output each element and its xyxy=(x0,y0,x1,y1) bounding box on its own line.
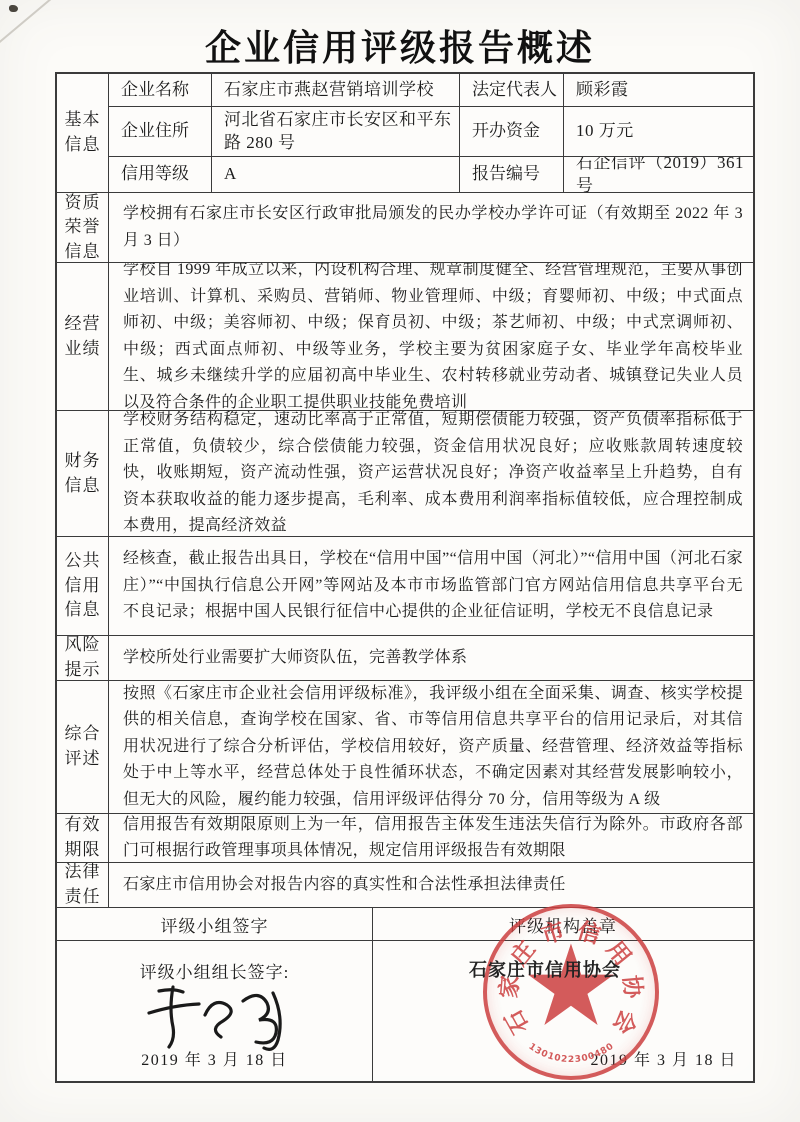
value-opening-capital: 10 万元 xyxy=(563,106,753,156)
signature-header-row: 评级小组签字 评级机构盖章 xyxy=(57,907,753,940)
section-validity-period: 有效 期限 信用报告有效期限原则上为一年，信用报告主体发生违法失信行为除外。市政… xyxy=(57,813,753,862)
seal-digit: 0 xyxy=(536,1047,552,1063)
section-content: 学校财务结构稳定，速动比率高于正常值，短期偿债能力较强，资产负债率指标低于正常值… xyxy=(108,411,753,536)
rating-agency-seal-header: 评级机构盖章 xyxy=(372,908,753,940)
value-company-name: 石家庄市燕赵营销培训学校 xyxy=(211,74,459,106)
value-legal-representative: 顾彩霞 xyxy=(563,74,753,106)
seal-digit: 2 xyxy=(558,1053,571,1066)
section-content: 石家庄市信用协会对报告内容的真实性和合法性承担法律责任 xyxy=(108,863,753,907)
page-title: 企业信用评级报告概述 xyxy=(0,20,800,71)
seal-digit: 3 xyxy=(530,1043,546,1059)
section-content-text: 学校所处行业需要扩大师资队伍，完善教学体系 xyxy=(123,645,743,672)
section-comprehensive-review: 综合 评述 按照《石家庄市企业社会信用评级标准》，我评级小组在全面采集、调查、核… xyxy=(57,680,753,813)
seal-char: 协 xyxy=(621,972,649,1000)
section-header: 经营 业绩 xyxy=(57,263,108,410)
section-content-text: 按照《石家庄市企业社会信用评级标准》，我评级小组在全面采集、调查、核实学校提供的… xyxy=(123,681,743,813)
section-content: 信用报告有效期限原则上为一年，信用报告主体发生违法失信行为除外。市政府各部门可根… xyxy=(108,814,753,862)
section-header: 综合 评述 xyxy=(57,681,108,813)
value-company-address: 河北省石家庄市长安区和平东路 280 号 xyxy=(211,106,459,156)
label-report-number: 报告编号 xyxy=(459,156,563,192)
seal-digit: 3 xyxy=(571,1053,584,1066)
section-header: 公共 信用 信息 xyxy=(57,537,108,635)
label-company-name: 企业名称 xyxy=(108,74,211,106)
section-content: 学校自 1999 年成立以来，内设机构合理、规章制度健全、经营管理规范，主要从事… xyxy=(108,263,753,410)
label-credit-rating: 信用等级 xyxy=(108,156,211,192)
value-report-number: 石企信评（2019）361 号 xyxy=(563,156,753,192)
section-legal-responsibility: 法律 责任 石家庄市信用协会对报告内容的真实性和合法性承担法律责任 xyxy=(57,862,753,907)
section-content-text: 学校自 1999 年成立以来，内设机构合理、规章制度健全、经营管理规范，主要从事… xyxy=(123,263,743,410)
section-header: 资质 荣誉 信息 xyxy=(57,193,108,262)
seal-digit: 1 xyxy=(543,1049,558,1064)
value-credit-rating: A xyxy=(211,156,459,192)
section-qualification-honor: 资质 荣誉 信息 学校拥有石家庄市长安区行政审批局颁发的民办学校办学许可证（有效… xyxy=(57,192,753,262)
section-content-text: 经核查，截止报告出具日，学校在“信用中国”“信用中国（河北）”“信用中国（河北石… xyxy=(123,546,743,626)
signature-row: 评级小组组长签字: 2019 年 3 月 18 日 石家庄市信用协会 xyxy=(57,940,753,1081)
section-content: 经核查，截止报告出具日，学校在“信用中国”“信用中国（河北）”“信用中国（河北石… xyxy=(108,537,753,635)
signature-cell-left: 评级小组组长签字: 2019 年 3 月 18 日 xyxy=(57,941,372,1081)
section-content-text: 学校财务结构稳定，速动比率高于正常值，短期偿债能力较强，资产负债率指标低于正常值… xyxy=(123,411,743,536)
seal-char: 会 xyxy=(609,1005,644,1040)
seal-digit: 0 xyxy=(550,1052,564,1066)
report-table: 基本 信息 企业名称 石家庄市燕赵营销培训学校 法定代表人 顾彩霞 企业住所 河… xyxy=(55,72,755,1083)
star-icon: ★ xyxy=(521,930,621,1042)
basic-info-block: 基本 信息 企业名称 石家庄市燕赵营销培训学校 法定代表人 顾彩霞 企业住所 河… xyxy=(57,74,753,192)
rating-team-signature-header: 评级小组签字 xyxy=(57,908,372,940)
section-header-basic-info: 基本 信息 xyxy=(57,74,108,192)
section-content: 学校拥有石家庄市长安区行政审批局颁发的民办学校办学许可证（有效期至 2022 年… xyxy=(108,193,753,262)
section-content-text: 信用报告有效期限原则上为一年，信用报告主体发生违法失信行为除外。市政府各部门可根… xyxy=(123,814,743,862)
section-business-performance: 经营 业绩 学校自 1999 年成立以来，内设机构合理、规章制度健全、经营管理规… xyxy=(57,262,753,410)
seal-digit: 1 xyxy=(524,1039,541,1056)
signature-cell-right: 石家庄市信用协会 ★ 石家庄市信用协会 1301022300480 2019 年… xyxy=(372,941,753,1081)
section-content-text: 学校拥有石家庄市长安区行政审批局颁发的民办学校办学许可证（有效期至 2022 年… xyxy=(123,201,743,254)
right-signature-date: 2019 年 3 月 18 日 xyxy=(590,1047,737,1070)
rating-organization-name: 石家庄市信用协会 xyxy=(469,956,621,982)
section-risk-warning: 风险 提示 学校所处行业需要扩大师资队伍，完善教学体系 xyxy=(57,635,753,680)
section-header: 财务 信息 xyxy=(57,411,108,536)
label-company-address: 企业住所 xyxy=(108,106,211,156)
seal-char: 石 xyxy=(497,1005,532,1040)
section-content-text: 石家庄市信用协会对报告内容的真实性和合法性承担法律责任 xyxy=(123,872,743,899)
section-content: 学校所处行业需要扩大师资队伍，完善教学体系 xyxy=(108,636,753,680)
section-public-credit-info: 公共 信用 信息 经核查，截止报告出具日，学校在“信用中国”“信用中国（河北）”… xyxy=(57,536,753,635)
label-legal-representative: 法定代表人 xyxy=(459,74,563,106)
section-header: 风险 提示 xyxy=(57,636,108,680)
scanned-document-page: 企业信用评级报告概述 基本 信息 企业名称 石家庄市燕赵营销培训学校 法定代表人… xyxy=(0,0,800,1122)
section-financial-info: 财务 信息 学校财务结构稳定，速动比率高于正常值，短期偿债能力较强，资产负债率指… xyxy=(57,410,753,536)
label-opening-capital: 开办资金 xyxy=(459,106,563,156)
section-content: 按照《石家庄市企业社会信用评级标准》，我评级小组在全面采集、调查、核实学校提供的… xyxy=(108,681,753,813)
scan-speck-artifact xyxy=(9,5,18,12)
left-signature-date: 2019 年 3 月 18 日 xyxy=(57,1047,372,1070)
seal-digit: 2 xyxy=(565,1054,577,1066)
section-header: 法律 责任 xyxy=(57,863,108,907)
handwritten-signature xyxy=(139,977,299,1055)
section-header: 有效 期限 xyxy=(57,814,108,862)
